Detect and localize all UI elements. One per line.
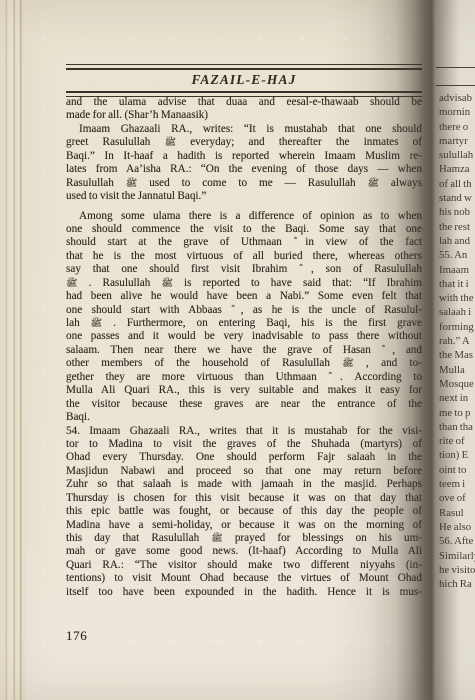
facing-page-text-line: of all th (439, 177, 475, 191)
facing-page-text-line: martyr (439, 134, 475, 148)
paragraph: 54. Imaam Ghazaali RA., writes that it i… (66, 425, 422, 600)
text-line: Imaam Ghazaali RA., writes: “It is musta… (66, 123, 422, 136)
facing-page-rule-top (436, 67, 475, 68)
text-line: lates from Aa’isha RA.: “On the evening … (66, 163, 422, 176)
facing-page-text-line: with the (439, 291, 475, 305)
text-line: itself too have been expounded in the ha… (66, 586, 422, 599)
text-line: 54. Imaam Ghazaali RA., writes that it i… (66, 425, 422, 438)
text-line: gether they are more virtuous than Uthma… (66, 371, 422, 384)
facing-page-text-line: next in (439, 391, 475, 405)
facing-page-text-line: rah.” A (439, 334, 475, 348)
facing-page-sliver: advisabmorninthere omartyrsulullahHamzao… (436, 0, 475, 700)
facing-page-text-line: there o (439, 120, 475, 134)
honorific-symbol: ﷺ (368, 179, 379, 189)
honorific-symbol: ﷺ (126, 179, 137, 189)
facing-page-text-line: stand w (439, 191, 475, 205)
text-line: Baqi. (66, 411, 422, 424)
facing-page-text-line: advisab (439, 91, 475, 105)
book-page-photo: FAZAIL-E-HAJ and the ulama advise that d… (0, 0, 475, 700)
text-line: should start at the grave of Uthmaan ؓ i… (66, 236, 422, 249)
running-head: FAZAIL-E-HAJ (66, 64, 422, 97)
paragraph: and the ulama advise that duaa and eesal… (66, 96, 422, 123)
honorific-symbol: ﷺ (161, 279, 172, 289)
facing-page-text-line: than tha (439, 420, 475, 434)
text-line: ﷺ . Rasulullah ﷺ is reported to have sai… (66, 277, 422, 290)
facing-page-text-line: Rasul (439, 506, 475, 520)
facing-page-text-line: 56. Afte (439, 534, 475, 548)
facing-page-text-line: that it i (439, 277, 475, 291)
facing-page-text-line: salaah i (439, 305, 475, 319)
facing-page-text-line: Mulla (439, 363, 475, 377)
text-line: Rasulullah ﷺ used to come to me — Rasulu… (66, 177, 422, 190)
text-line: that he is the most virtuous of all buri… (66, 250, 422, 263)
paragraph: Among some ulama there is a difference o… (66, 210, 422, 425)
text-line: Thursday is chosen for this visit becaus… (66, 492, 422, 505)
text-line: made for all. (Shar’h Manaasik) (66, 109, 422, 122)
facing-page-text-line: me to p (439, 406, 475, 420)
text-line: greet Rasulullah ﷺ everyday; and thereaf… (66, 136, 422, 149)
text-line: say that one should first visit Ibrahim … (66, 263, 422, 276)
text-line: this day that Rasulullah ﷺ prayed for bl… (66, 532, 422, 545)
text-line: one should commence the visit to the Baq… (66, 223, 422, 236)
facing-page-text-line: tion) E (439, 448, 475, 462)
facing-page-text-line: sulullah (439, 148, 475, 162)
text-line: mah or gave some good news. (It-haaf) Ac… (66, 545, 422, 558)
text-line: had been alive he would have been a Nabi… (66, 290, 422, 303)
facing-page-text-line: 55. An (439, 248, 475, 262)
facing-page-text: advisabmorninthere omartyrsulullahHamzao… (439, 91, 475, 591)
text-line: salaam. Then near there we have the grav… (66, 344, 422, 357)
honorific-symbol: ﷺ (342, 359, 353, 369)
text-line: Quari RA.: “The visitor should make two … (66, 559, 422, 572)
facing-page-text-line: forming (439, 320, 475, 334)
text-line: Mulla Ali Quari RA., this is very suitab… (66, 384, 422, 397)
text-line: tor to Madina to visit the graves of the… (66, 438, 422, 451)
paragraph: Imaam Ghazaali RA., writes: “It is musta… (66, 123, 422, 204)
facing-page-text-line: Hamza (439, 162, 475, 176)
facing-page-text-line: hich Ra (439, 577, 475, 591)
facing-page-text-line: Similarly (439, 549, 475, 563)
facing-page-text-line: his nob (439, 205, 475, 219)
facing-page-text-line: he visito (439, 563, 475, 577)
facing-page-text-line: the Mas (439, 348, 475, 362)
text-line: Baqi.” In It-haaf a hadith is reported w… (66, 150, 422, 163)
text-line: Madina have a semi-holiday, or because i… (66, 519, 422, 532)
facing-page-rule-bottom (436, 85, 475, 86)
facing-page-text-line: teem i (439, 477, 475, 491)
text-line: the visitor because these graves are nea… (66, 398, 422, 411)
honorific-symbol: ﷺ (165, 138, 176, 148)
facing-page-text-line: Mosque (439, 377, 475, 391)
text-line: lah ﷺ . Furthermore, on entering Baqi, h… (66, 317, 422, 330)
page-title: FAZAIL-E-HAJ (66, 70, 422, 91)
facing-page-text-line: He also (439, 520, 475, 534)
facing-page-text-line: mornin (439, 105, 475, 119)
honorific-symbol: ﷺ (211, 534, 222, 544)
text-line: Ohad every Thursday. One should perform … (66, 451, 422, 464)
text-line: other members of the household of Rasulu… (66, 357, 422, 370)
text-line: this epic battle was fought, or because … (66, 505, 422, 518)
text-line: and the ulama advise that duaa and eesal… (66, 96, 422, 109)
honorific-symbol: ﷺ (66, 279, 77, 289)
facing-page-text-line: Imaam (439, 263, 475, 277)
facing-page-text-line: lah and (439, 234, 475, 248)
facing-page-text-line: rite of (439, 434, 475, 448)
facing-page-text-line: the rest (439, 220, 475, 234)
text-line: used to visit the Jannatul Baqi.” (66, 190, 422, 203)
text-line: Among some ulama there is a difference o… (66, 210, 422, 223)
facing-page-text-line: oint to (439, 463, 475, 477)
facing-page-text-line: ove of (439, 491, 475, 505)
page-stack-edge (0, 0, 26, 700)
text-line: one should start with Abbaas ؓ , as he i… (66, 304, 422, 317)
page-number: 176 (66, 628, 87, 644)
text-line: tentions) to visit Mount Ohad because th… (66, 572, 422, 585)
text-line: one passes and it would be very inadvisa… (66, 330, 422, 343)
honorific-symbol: ﷺ (91, 319, 102, 329)
body-text: and the ulama advise that duaa and eesal… (66, 96, 422, 599)
text-line: Masjidun Nabawi and proceed so that one … (66, 465, 422, 478)
text-line: Zuhr so that salaah is made with jamaah … (66, 478, 422, 491)
